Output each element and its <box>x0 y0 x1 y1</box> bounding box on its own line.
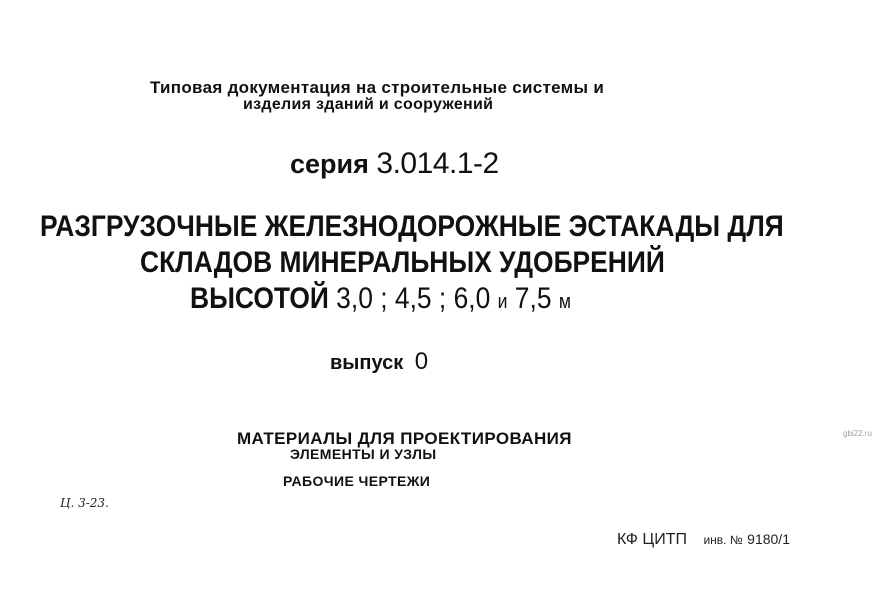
height-unit: м <box>559 291 571 313</box>
subtitle-elements: ЭЛЕМЕНТЫ И УЗЛЫ <box>290 447 436 461</box>
inventory-label: инв. № <box>703 533 742 547</box>
subtitle-drawings: РАБОЧИЕ ЧЕРТЕЖИ <box>283 474 430 488</box>
height-last-value: 7,5 <box>515 282 552 315</box>
series-designation: серия 3.014.1-2 <box>290 149 499 179</box>
inventory-number: 9180/1 <box>747 531 790 547</box>
issue-designation: выпуск 0 <box>330 350 428 374</box>
series-label: серия <box>290 149 369 179</box>
height-values: 3,0 ; 4,5 ; 6,0 <box>336 282 490 315</box>
archive-stamp: КФ ЦИТП инв. № 9180/1 <box>617 532 790 548</box>
title-line-1: РАЗГРУЗОЧНЫЕ ЖЕЛЕЗНОДОРОЖНЫЕ ЭСТАКАДЫ ДЛ… <box>40 212 784 242</box>
issue-number: 0 <box>415 348 428 375</box>
stamp-org: КФ ЦИТП <box>617 531 687 548</box>
handwritten-price-note: Ц. 3-23. <box>60 497 109 509</box>
series-number: 3.014.1-2 <box>376 147 498 180</box>
title-line-3: ВЫСОТОЙ 3,0 ; 4,5 ; 6,0 и 7,5 м <box>190 284 571 314</box>
issue-label: выпуск <box>330 352 403 374</box>
header-line-1: Типовая документация на строительные сис… <box>150 79 604 96</box>
height-and: и <box>498 291 508 313</box>
title-line-2: СКЛАДОВ МИНЕРАЛЬНЫХ УДОБРЕНИЙ <box>140 248 665 278</box>
height-label: ВЫСОТОЙ <box>190 282 329 315</box>
site-watermark: gbi22.ru <box>843 430 872 438</box>
subtitle-materials: МАТЕРИАЛЫ ДЛЯ ПРОЕКТИРОВАНИЯ <box>237 430 572 447</box>
header-line-2: изделия зданий и сооружений <box>243 97 493 113</box>
